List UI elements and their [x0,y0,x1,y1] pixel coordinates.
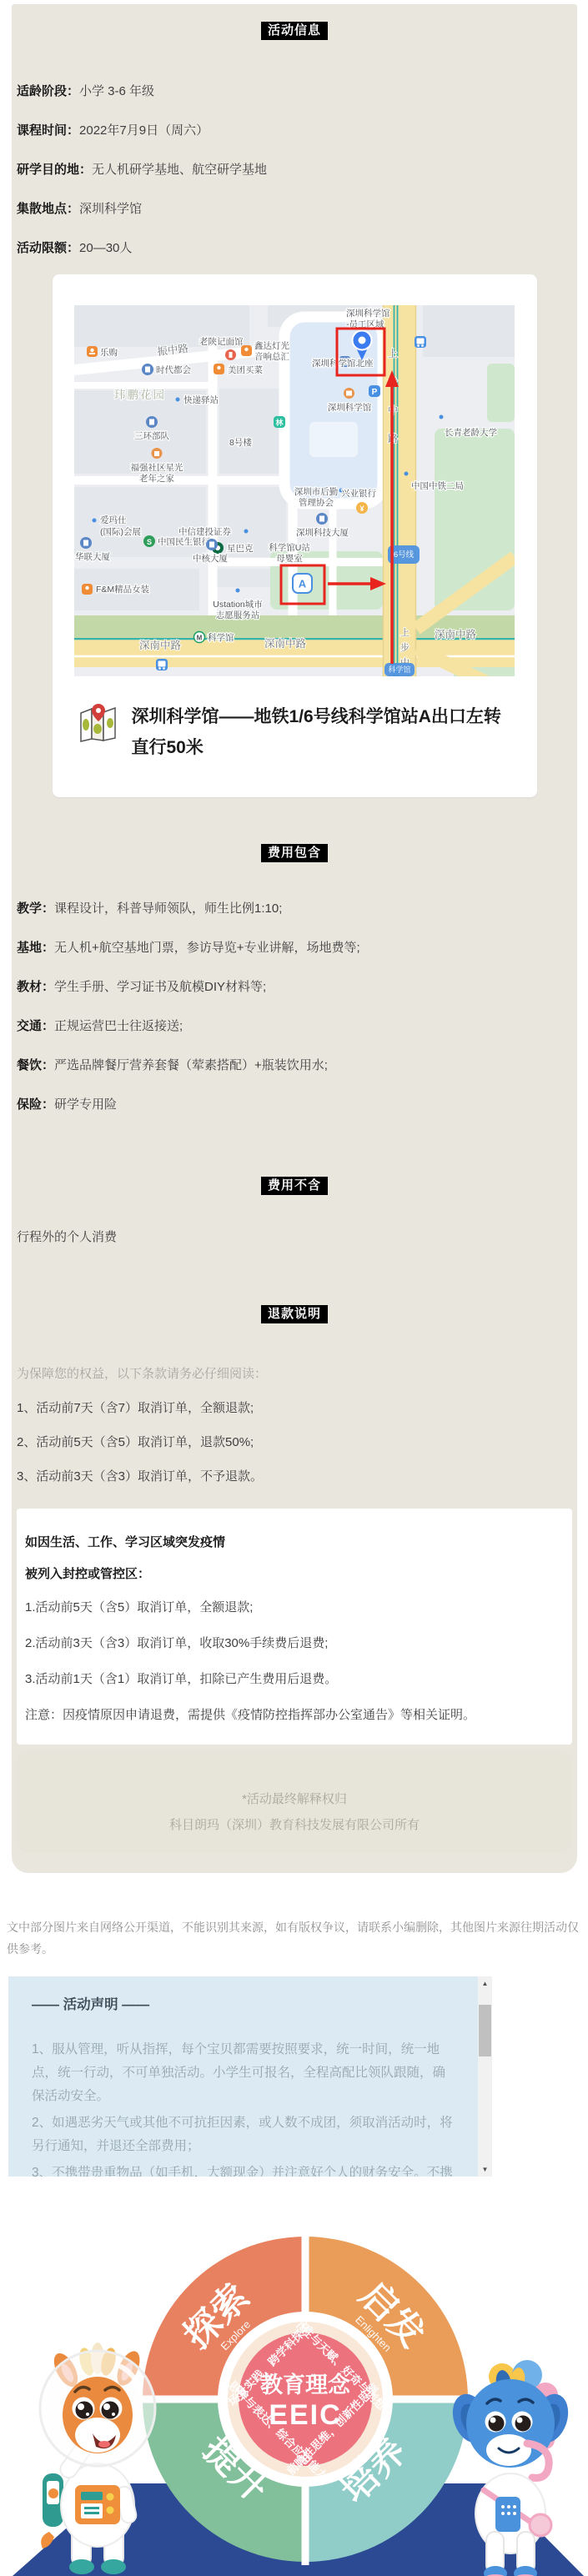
svg-text:兴业银行: 兴业银行 [341,488,376,499]
svg-text:F&M精品女装: F&M精品女装 [96,584,150,595]
refund-rule-3: 3、活动前3天（含3）取消订单，不予退款。 [12,1466,577,1488]
epidemic-rule-2: 2.活动前3天（含3）取消订单，收取30%手续费后退费; [25,1632,564,1655]
metro-station-badge-bottom: 科学馆 [384,663,415,676]
fee-line-catering: 餐饮：严选品牌餐厅营养套餐（荤素搭配）+瓶装饮用水; [17,1052,572,1079]
map-card: 振中路 上 步 中 路 上 步 中 深南中路 深南中路 深南中路 [53,274,537,797]
footer-line-1: *活动最终解释权归 [25,1791,564,1807]
epidemic-title-1: 如因生活、工作、学习区域突发疫情 [25,1533,564,1552]
svg-text:快递驿站: 快递驿站 [183,394,219,405]
svg-text:华联大厦: 华联大厦 [75,551,110,562]
info-line-time: 课程时间：2022年7月9日（周六） [17,118,572,144]
statement-item-1: 1、服从管理，听从指挥，每个宝贝都需要按照要求，统一时间，统一地点，统一行动，不… [32,2038,454,2108]
svg-text:Ustation城市: Ustation城市 [213,599,263,610]
fee-line-transport: 交通：正规运营巴士往返接送; [17,1013,572,1040]
svg-text:爱玛仕: 爱玛仕 [100,515,127,525]
info-line-quota: 活动限额：20—30人 [17,235,572,262]
svg-text:鑫达灯光: 鑫达灯光 [254,340,289,351]
epidemic-rule-3: 3.活动前1天（含1）取消订单，扣除已产生费用后退费。 [25,1668,564,1691]
road-label-shennan-right: 深南中路 [435,628,477,640]
svg-text:母婴室: 母婴室 [276,553,303,564]
statement-title: —— 活动声明 —— [32,1993,454,2013]
svg-text:三环部队: 三环部队 [134,430,169,441]
direction-row: 深圳科学馆——地铁1/6号线科学馆站A出口左转直行50米 [53,676,537,764]
svg-text:志愿服务站: 志愿服务站 [216,610,260,620]
epidemic-rule-note: 注意：因疫情原因申请退费，需提供《疫情防控指挥部办公室通告》等相关证明。 [25,1704,564,1727]
fee-exclude-text: 行程外的个人消费 [12,1225,577,1250]
image-source-disclaimer: 文中部分图片来自网络公开渠道，不能识别其来源，如有版权争议，请联系小编删除，其他… [7,1916,581,1960]
fee-include-list: 教学：课程设计，科普导师领队，师生比例1:10; 基地：无人机+航空基地门票，参… [12,896,577,1118]
svg-text:科学馆U站: 科学馆U站 [269,542,310,553]
section-badge-fee-include: 费用包含 [261,844,328,862]
svg-text:中国民生银行: 中国民生银行 [158,536,210,547]
direction-text: 深圳科学馆——地铁1/6号线科学馆站A出口左转直行50米 [132,701,509,764]
svg-text:中核大厦: 中核大厦 [193,553,228,564]
refund-intro: 为保障您的权益，以下条款请务必仔细阅读： [12,1363,577,1385]
info-line-age: 适龄阶段：小学 3-6 年级 [17,78,572,105]
svg-text:中信建投证券: 中信建投证券 [178,526,231,537]
svg-text:音响总汇: 音响总汇 [254,351,289,362]
svg-text:6号线: 6号线 [394,550,415,560]
fee-line-base: 基地：无人机+航空基地门票，参访导览+专业讲解，场地费等; [17,935,572,962]
section-badge-refund: 退款说明 [261,1305,328,1323]
svg-text:科学馆: 科学馆 [208,632,234,643]
svg-text:林: 林 [275,418,284,427]
svg-text:美团买菜: 美团买菜 [228,364,263,375]
fee-line-insurance: 保险：研学专用险 [17,1092,572,1118]
svg-text:科学馆: 科学馆 [388,665,410,674]
svg-text:M: M [197,635,203,642]
svg-text:P: P [372,388,378,397]
scrollbar-thumb[interactable] [479,2005,491,2056]
scrollbar[interactable]: ▲ ▼ [478,1976,492,2177]
svg-text:管理协会: 管理协会 [299,497,334,508]
fee-line-materials: 教材：学生手册、学习证书及航模DIY材料等; [17,974,572,1001]
section-badge-fee-exclude: 费用不含 [261,1177,328,1195]
road-label-shennan-left: 深南中路 [139,639,182,651]
svg-text:深圳科学馆: 深圳科学馆 [328,402,372,413]
svg-text:老年之家: 老年之家 [139,473,174,484]
road-label-shennan-mid: 深南中路 [264,637,307,650]
svg-text:上: 上 [400,626,410,638]
svg-text:8号楼: 8号楼 [229,437,252,448]
svg-text:深圳科技大厦: 深圳科技大厦 [296,527,349,538]
bus-stop-icon-top [415,336,426,348]
section-badge-activity-info: 活动信息 [261,22,328,40]
svg-text:深圳市后勤: 深圳市后勤 [294,486,339,497]
metro-exit-a-icon: A [293,574,312,593]
folded-map-icon [78,701,119,743]
svg-text:¥: ¥ [359,505,364,513]
interpretation-footer: *活动最终解释权归 科目朗玛（深圳）教育科技发展有限公司所有 [17,1751,572,1853]
svg-text:S: S [147,538,152,546]
epidemic-title-2: 被列入封控或管控区： [25,1564,564,1584]
statement-item-3: 3、不携带贵重物品（如手机，大额现金）并注意好个人的财务安全。不携带不购买不食用… [32,2162,454,2177]
fee-line-teaching: 教学：课程设计，科普导师领队，师生比例1:10; [17,896,572,922]
statement-item-2: 2、如遇恶劣天气或其他不可抗拒因素，或人数不成团，须取消活动时，将另行通知，并退… [32,2112,454,2158]
epidemic-rule-1: 1.活动前5天（含5）取消订单，全额退款; [25,1596,564,1619]
eeic-center-line1: 教育理念 [260,2372,351,2398]
svg-text:星巴克: 星巴克 [227,543,254,554]
activity-info-list: 适龄阶段：小学 3-6 年级 课程时间：2022年7月9日（周六） 研学目的地：… [12,78,577,262]
svg-text:步: 步 [400,641,410,653]
bus-stop-icon-bottom [156,659,168,670]
svg-text:(国际)会展: (国际)会展 [100,526,141,537]
scrollbar-down-icon[interactable]: ▼ [478,2162,492,2177]
svg-text:深圳科学馆北座: 深圳科学馆北座 [312,358,374,369]
svg-text:时代都会: 时代都会 [156,364,191,375]
info-line-meeting-point: 集散地点：深圳科学馆 [17,196,572,223]
footer-line-2: 科目朗玛（深圳）教育科技发展有限公司所有 [25,1817,564,1833]
road-label-shangbu-bottom: 上 步 中 [400,626,410,668]
scrollbar-up-icon[interactable]: ▲ [478,1976,492,1991]
svg-text:A: A [299,578,307,590]
baidu-map-image: 振中路 上 步 中 路 上 步 中 深南中路 深南中路 深南中路 [74,305,515,676]
svg-text:深圳科学馆: 深圳科学馆 [346,308,390,319]
svg-text:玮鹏花园: 玮鹏花园 [114,388,166,401]
svg-text:老陕记面馆: 老陕记面馆 [199,336,244,347]
main-card: 活动信息 适龄阶段：小学 3-6 年级 课程时间：2022年7月9日（周六） 研… [12,4,577,1873]
refund-rule-1: 1、活动前7天（含7）取消订单，全额退款; [12,1398,577,1419]
eeic-philosophy-diagram: 教育理念 EEIC 探索 Explore 场景实践，跨学科探究 启发 Enlig… [0,2225,588,2576]
article-page: 活动信息 适龄阶段：小学 3-6 年级 课程时间：2022年7月9日（周六） 研… [0,0,588,2576]
refund-rule-2: 2、活动前5天（含5）取消订单，退款50%; [12,1432,577,1454]
svg-text:乐购: 乐购 [100,347,118,358]
epidemic-refund-box: 如因生活、工作、学习区域突发疫情 被列入封控或管控区： 1.活动前5天（含5）取… [17,1509,572,1745]
info-line-destination: 研学目的地：无人机研学基地、航空研学基地 [17,157,572,183]
svg-text:长青老龄大学: 长青老龄大学 [445,427,497,438]
svg-text:中国中铁二局: 中国中铁二局 [411,480,464,491]
svg-text:上: 上 [388,347,398,359]
svg-text:福强社区星光: 福强社区星光 [131,462,183,473]
activity-statement-box[interactable]: —— 活动声明 —— 1、服从管理，听从指挥，每个宝贝都需要按照要求，统一时间，… [8,1976,492,2177]
